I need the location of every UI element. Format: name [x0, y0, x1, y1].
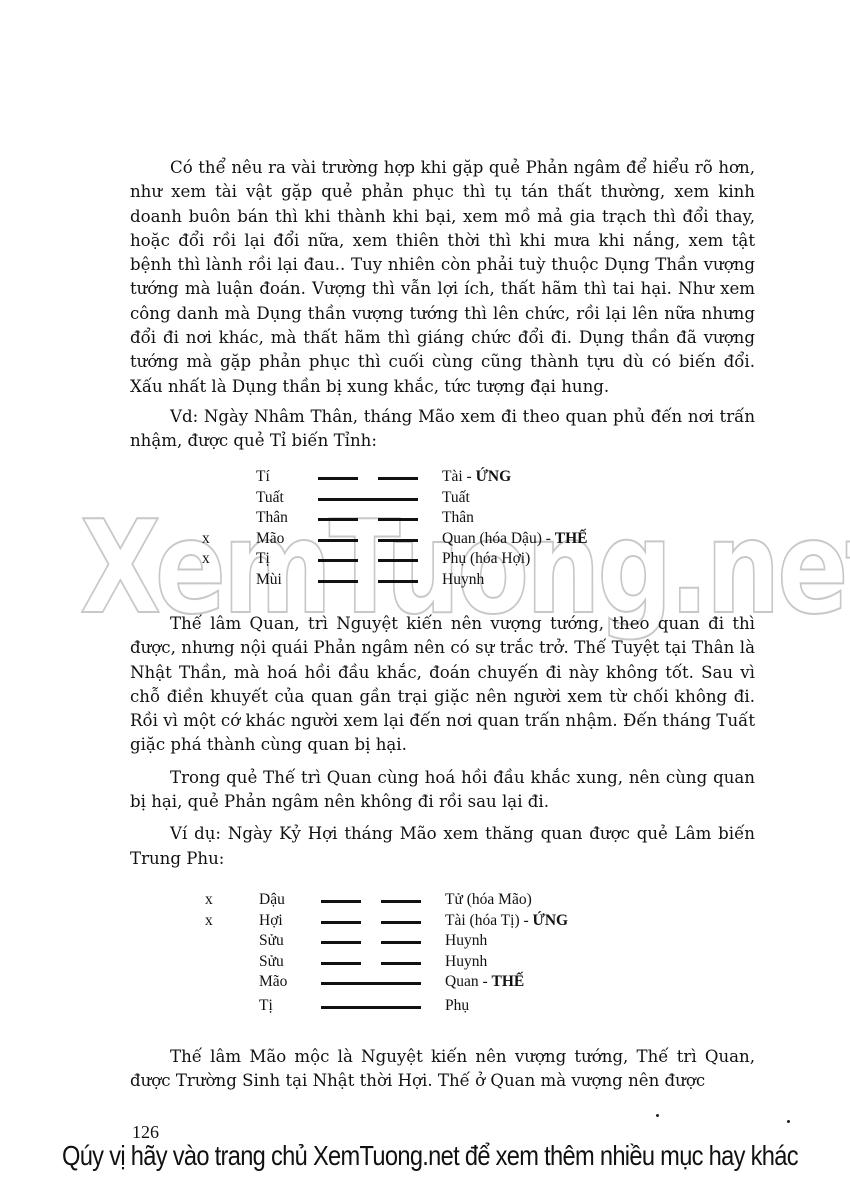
text-block-bottom: Thế lâm Mão mộc là Nguyệt kiến nên vượng…	[130, 1045, 755, 1094]
yin-line-icon	[321, 921, 421, 924]
earthly-branch: Thân	[256, 509, 288, 527]
earthly-branch: Mão	[256, 530, 284, 548]
yang-line-icon	[321, 1006, 421, 1009]
yin-line-icon	[318, 559, 418, 562]
relation-label: Thân	[442, 509, 474, 527]
yang-line-icon	[318, 498, 418, 501]
scan-speck	[656, 1114, 659, 1117]
paragraph: Có thể nêu ra vài trường hợp khi gặp quẻ…	[130, 156, 755, 399]
paragraph: Vd: Ngày Nhâm Thân, tháng Mão xem đi the…	[130, 405, 755, 454]
relation-label: Phụ	[445, 997, 469, 1015]
scan-speck	[787, 1120, 790, 1123]
yin-line-icon	[321, 900, 421, 903]
moving-line-mark: x	[205, 912, 213, 930]
relation-label: Quan (hóa Dậu) - THẾ	[442, 530, 588, 548]
relation-label: Huynh	[442, 571, 484, 589]
earthly-branch: Sửu	[259, 953, 284, 971]
relation-label: Quan - THẾ	[445, 973, 524, 991]
earthly-branch: Mão	[259, 973, 287, 991]
yang-line-icon	[321, 982, 421, 985]
earthly-branch: Mùi	[256, 571, 282, 589]
moving-line-mark: x	[202, 550, 210, 568]
relation-label: Huynh	[445, 953, 487, 971]
moving-line-mark: x	[202, 530, 210, 548]
yin-line-icon	[321, 962, 421, 965]
yin-line-icon	[318, 580, 418, 583]
paragraph: Thế lâm Quan, trì Nguyệt kiến nên vượng …	[130, 612, 755, 758]
yin-line-icon	[318, 539, 418, 542]
moving-line-mark: x	[205, 891, 213, 909]
paragraph: Trong quẻ Thế trì Quan cùng hoá hồi đầu …	[130, 766, 755, 815]
yin-line-icon	[321, 941, 421, 944]
earthly-branch: Hợi	[259, 912, 283, 930]
earthly-branch: Tị	[259, 997, 273, 1015]
earthly-branch: Tuất	[256, 489, 284, 507]
relation-label: Tử (hóa Mão)	[445, 891, 532, 909]
earthly-branch: Dậu	[259, 891, 285, 909]
paragraph: Thế lâm Mão mộc là Nguyệt kiến nên vượng…	[130, 1045, 755, 1094]
footer-banner: Qúy vị hãy vào trang chủ XemTuong.net để…	[62, 1140, 698, 1172]
relation-label: Tuất	[442, 489, 470, 507]
paragraph: Ví dụ: Ngày Kỷ Hợi tháng Mão xem thăng q…	[130, 822, 755, 871]
earthly-branch: Sửu	[259, 932, 284, 950]
relation-label: Tài - ỨNG	[442, 468, 511, 486]
relation-label: Huynh	[445, 932, 487, 950]
book-page: XemTuong.net Có thể nêu ra vài trường hợ…	[0, 0, 850, 1182]
relation-label: Tài (hóa Tị) - ỨNG	[445, 912, 568, 930]
earthly-branch: Tí	[256, 468, 270, 486]
text-block-mid: Thế lâm Quan, trì Nguyệt kiến nên vượng …	[130, 612, 755, 871]
yin-line-icon	[318, 518, 418, 521]
yin-line-icon	[318, 477, 418, 480]
text-block-top: Có thể nêu ra vài trường hợp khi gặp quẻ…	[130, 156, 755, 454]
relation-label: Phụ (hóa Hợi)	[442, 550, 530, 568]
earthly-branch: Tị	[256, 550, 270, 568]
